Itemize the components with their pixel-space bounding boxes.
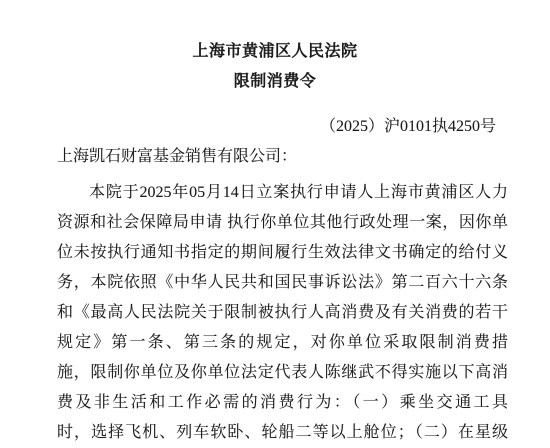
document-header: 上海市黄浦区人民法院 限制消费令 [0,37,550,97]
body-line: 务，本院依照《中华人民共和国民事诉讼法》第二百六十六条 [57,268,508,298]
court-document-page: 上海市黄浦区人民法院 限制消费令 （2025）沪0101执4250号 上海凯石财… [0,0,550,448]
body-line: 和《最高人民法院关于限制被执行人高消费及有关消费的若干 [57,298,508,328]
body-line: 位未按执行通知书指定的期间履行生效法律文书确定的给付义 [57,238,508,268]
body-line: 规定》第一条、第三条的规定，对你单位采取限制消费措 [57,328,508,358]
body-line: 施，限制你单位及你单位法定代表人陈继武不得实施以下高消 [57,358,508,388]
body-line: 本院于2025年05月14日立案执行申请人上海市黄浦区人力 [57,178,508,208]
court-name: 上海市黄浦区人民法院 [0,37,550,67]
addressee: 上海凯石财富基金销售有限公司： [57,142,508,172]
document-title: 限制消费令 [0,67,550,97]
body-line: 时，选择飞机、列车软卧、轮船二等以上舱位；（二）在星级 [57,418,508,448]
body-line: 费及非生活和工作必需的消费行为：（一）乘坐交通工具 [57,388,508,418]
case-number: （2025）沪0101执4250号 [57,112,496,142]
document-body: 本院于2025年05月14日立案执行申请人上海市黄浦区人力资源和社会保障局申请 … [57,178,508,448]
body-line: 资源和社会保障局申请 执行你单位其他行政处理一案，因你单 [57,208,508,238]
document-content: （2025）沪0101执4250号 上海凯石财富基金销售有限公司： 本院于202… [0,112,550,448]
